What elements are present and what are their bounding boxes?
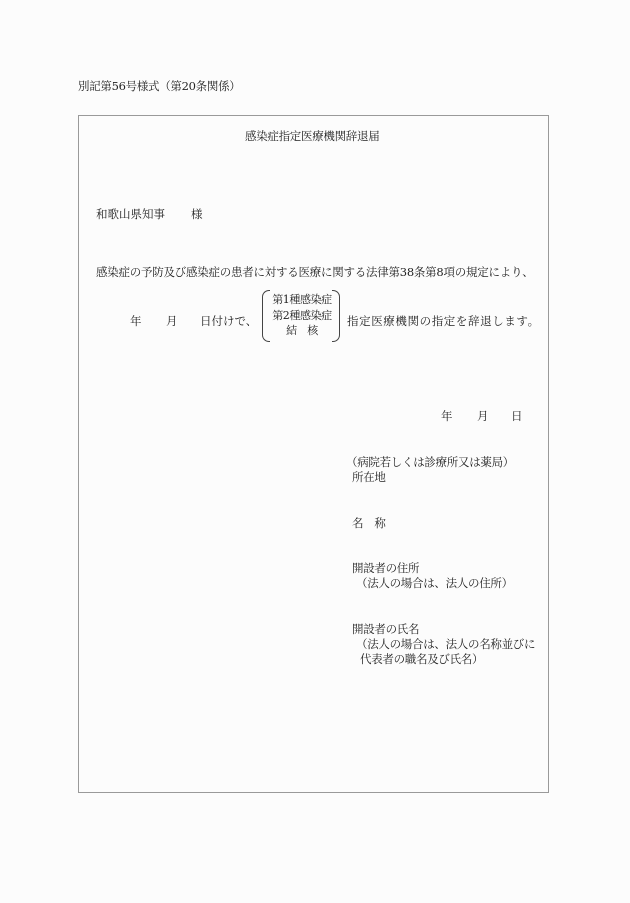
legal-basis-text: 感染症の予防及び感染症の患者に対する医療に関する法律第38条第8項の規定により、: [96, 264, 533, 280]
founder-name-note-1: （法人の場合は、法人の名称並びに: [356, 637, 535, 653]
facility-type: （病院若しくは診療所又は薬局）: [346, 455, 514, 471]
option-type2: 第2種感染症: [271, 308, 333, 324]
option-type1: 第1種感染症: [271, 292, 333, 308]
founder-name-label: 開設者の氏名: [352, 622, 419, 638]
document-title: 感染症指定医療機関辞退届: [245, 128, 379, 144]
right-bracket: [332, 290, 340, 342]
designation-month: 月: [166, 313, 178, 329]
founder-address-label: 開設者の住所: [352, 561, 419, 577]
addressee: 和歌山県知事様: [96, 206, 203, 222]
addressee-name: 和歌山県知事: [96, 207, 165, 221]
addressee-honorific: 様: [191, 207, 203, 221]
left-bracket: [262, 290, 270, 342]
sign-day: 日: [511, 408, 523, 424]
location-label: 所在地: [352, 470, 386, 486]
disease-type-options: 第1種感染症 第2種感染症 結 核: [271, 292, 333, 339]
founder-name-note-2: 代表者の職名及び氏名）: [360, 652, 483, 668]
designation-year: 年: [130, 313, 142, 329]
form-number: 別記第56号様式（第20条関係）: [78, 78, 240, 94]
designation-closing: 指定医療機関の指定を辞退します。: [347, 313, 540, 329]
sign-year: 年: [441, 408, 453, 424]
disease-type-bracket: 第1種感染症 第2種感染症 結 核: [262, 290, 340, 342]
option-tuberculosis: 結 核: [271, 323, 333, 339]
name-label: 名 称: [352, 516, 386, 532]
designation-day: 日付けで、: [200, 313, 257, 329]
founder-address-note: （法人の場合は、法人の住所）: [356, 576, 513, 592]
sign-month: 月: [477, 408, 489, 424]
